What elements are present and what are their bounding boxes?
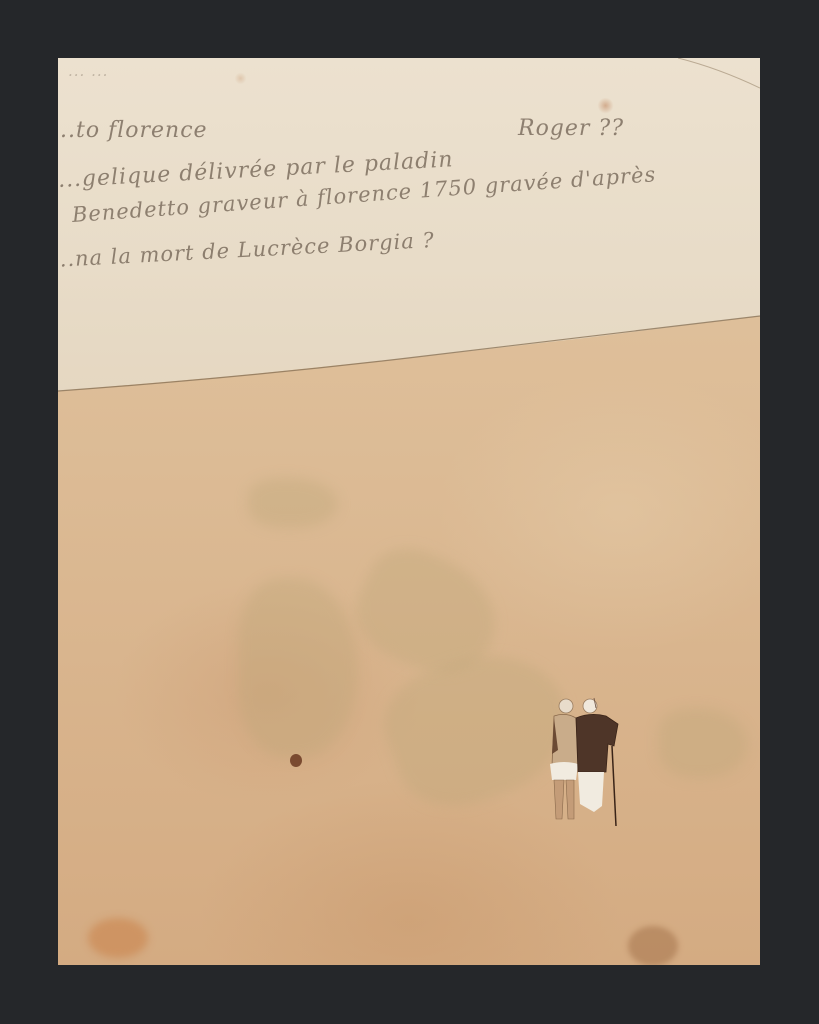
inscription-line: ...to florence — [58, 118, 208, 143]
ghost-shape — [248, 478, 338, 528]
inscription-line: Roger ?? — [518, 116, 624, 141]
stain — [628, 926, 678, 965]
ink-spot — [290, 754, 302, 767]
ghost-shape — [658, 708, 748, 778]
artwork-paper: ... ... ...to florence Roger ?? ...geliq… — [58, 58, 760, 965]
stain — [88, 918, 148, 958]
inscription-line: ... ... — [68, 62, 108, 80]
two-figures-drawing — [540, 694, 630, 834]
